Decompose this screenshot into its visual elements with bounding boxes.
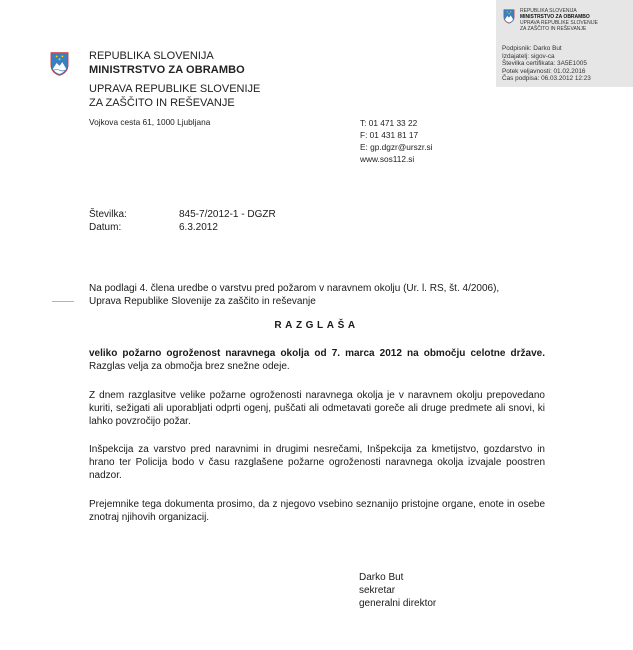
declaration-paragraph: veliko požarno ogroženost naravnega okol… <box>89 347 545 373</box>
stamp-organization: REPUBLIKA SLOVENIJA MINISTRSTVO ZA OBRAM… <box>520 8 598 32</box>
ban-paragraph: Z dnem razglasitve velike požarne ogrože… <box>89 389 545 428</box>
coat-of-arms-icon <box>50 51 69 77</box>
margin-mark <box>52 301 74 302</box>
contact-block: T: 01 471 33 22 F: 01 431 81 17 E: gp.dg… <box>360 117 433 165</box>
stamp-org-line4: ZA ZAŠČITO IN REŠEVANJE <box>520 26 598 32</box>
document-title: RAZGLAŠA <box>0 320 633 331</box>
digital-signature-stamp: REPUBLIKA SLOVENIJA MINISTRSTVO ZA OBRAM… <box>496 0 633 87</box>
number-value: 845-7/2012-1 - DGZR <box>179 209 276 220</box>
date-label: Datum: <box>89 221 179 234</box>
declaration-bold: veliko požarno ogroženost naravnega okol… <box>89 348 545 359</box>
coat-of-arms-icon <box>503 9 515 24</box>
stamp-info: Podpisnik: Darko But Izdajatelj: sigov-c… <box>502 45 591 83</box>
document-reference: Številka:845-7/2012-1 - DGZR Datum:6.3.2… <box>89 208 276 234</box>
org-administration: UPRAVA REPUBLIKE SLOVENIJE <box>89 82 260 96</box>
date-value: 6.3.2012 <box>179 222 218 233</box>
fax: F: 01 431 81 17 <box>360 129 433 141</box>
org-ministry: MINISTRSTVO ZA OBRAMBO <box>89 63 260 77</box>
intro-paragraph: Na podlagi 4. člena uredbe o varstvu pre… <box>89 282 545 308</box>
intro-line2: Uprava Republike Slovenije za zaščito in… <box>89 295 545 308</box>
inspection-paragraph: Inšpekcija za varstvo pred naravnimi in … <box>89 443 545 482</box>
stamp-certificate: Številka certifikata: 3A5E1005 <box>502 60 591 68</box>
org-administration-line2: ZA ZAŠČITO IN REŠEVANJE <box>89 96 260 110</box>
phone: T: 01 471 33 22 <box>360 117 433 129</box>
signer-title2: generalni direktor <box>359 597 436 610</box>
email-link[interactable]: E: gp.dgzr@urszr.si <box>360 141 433 153</box>
stamp-signed-at: Čas podpisa: 06.03.2012 12:23 <box>502 75 591 83</box>
signature-block: Darko But sekretar generalni direktor <box>359 571 436 610</box>
org-country: REPUBLIKA SLOVENIJA <box>89 49 260 63</box>
recipients-paragraph: Prejemnike tega dokumenta prosimo, da z … <box>89 498 545 524</box>
signer-name: Darko But <box>359 571 436 584</box>
declaration-rest: Razglas velja za območja brez snežne ode… <box>89 361 290 372</box>
intro-line1: Na podlagi 4. člena uredbe o varstvu pre… <box>89 282 545 295</box>
number-label: Številka: <box>89 208 179 221</box>
signer-title1: sekretar <box>359 584 436 597</box>
website-link[interactable]: www.sos112.si <box>360 153 433 165</box>
stamp-signer: Podpisnik: Darko But <box>502 45 591 53</box>
org-address: Vojkova cesta 61, 1000 Ljubljana <box>89 117 210 127</box>
organization-header: REPUBLIKA SLOVENIJA MINISTRSTVO ZA OBRAM… <box>89 49 260 110</box>
